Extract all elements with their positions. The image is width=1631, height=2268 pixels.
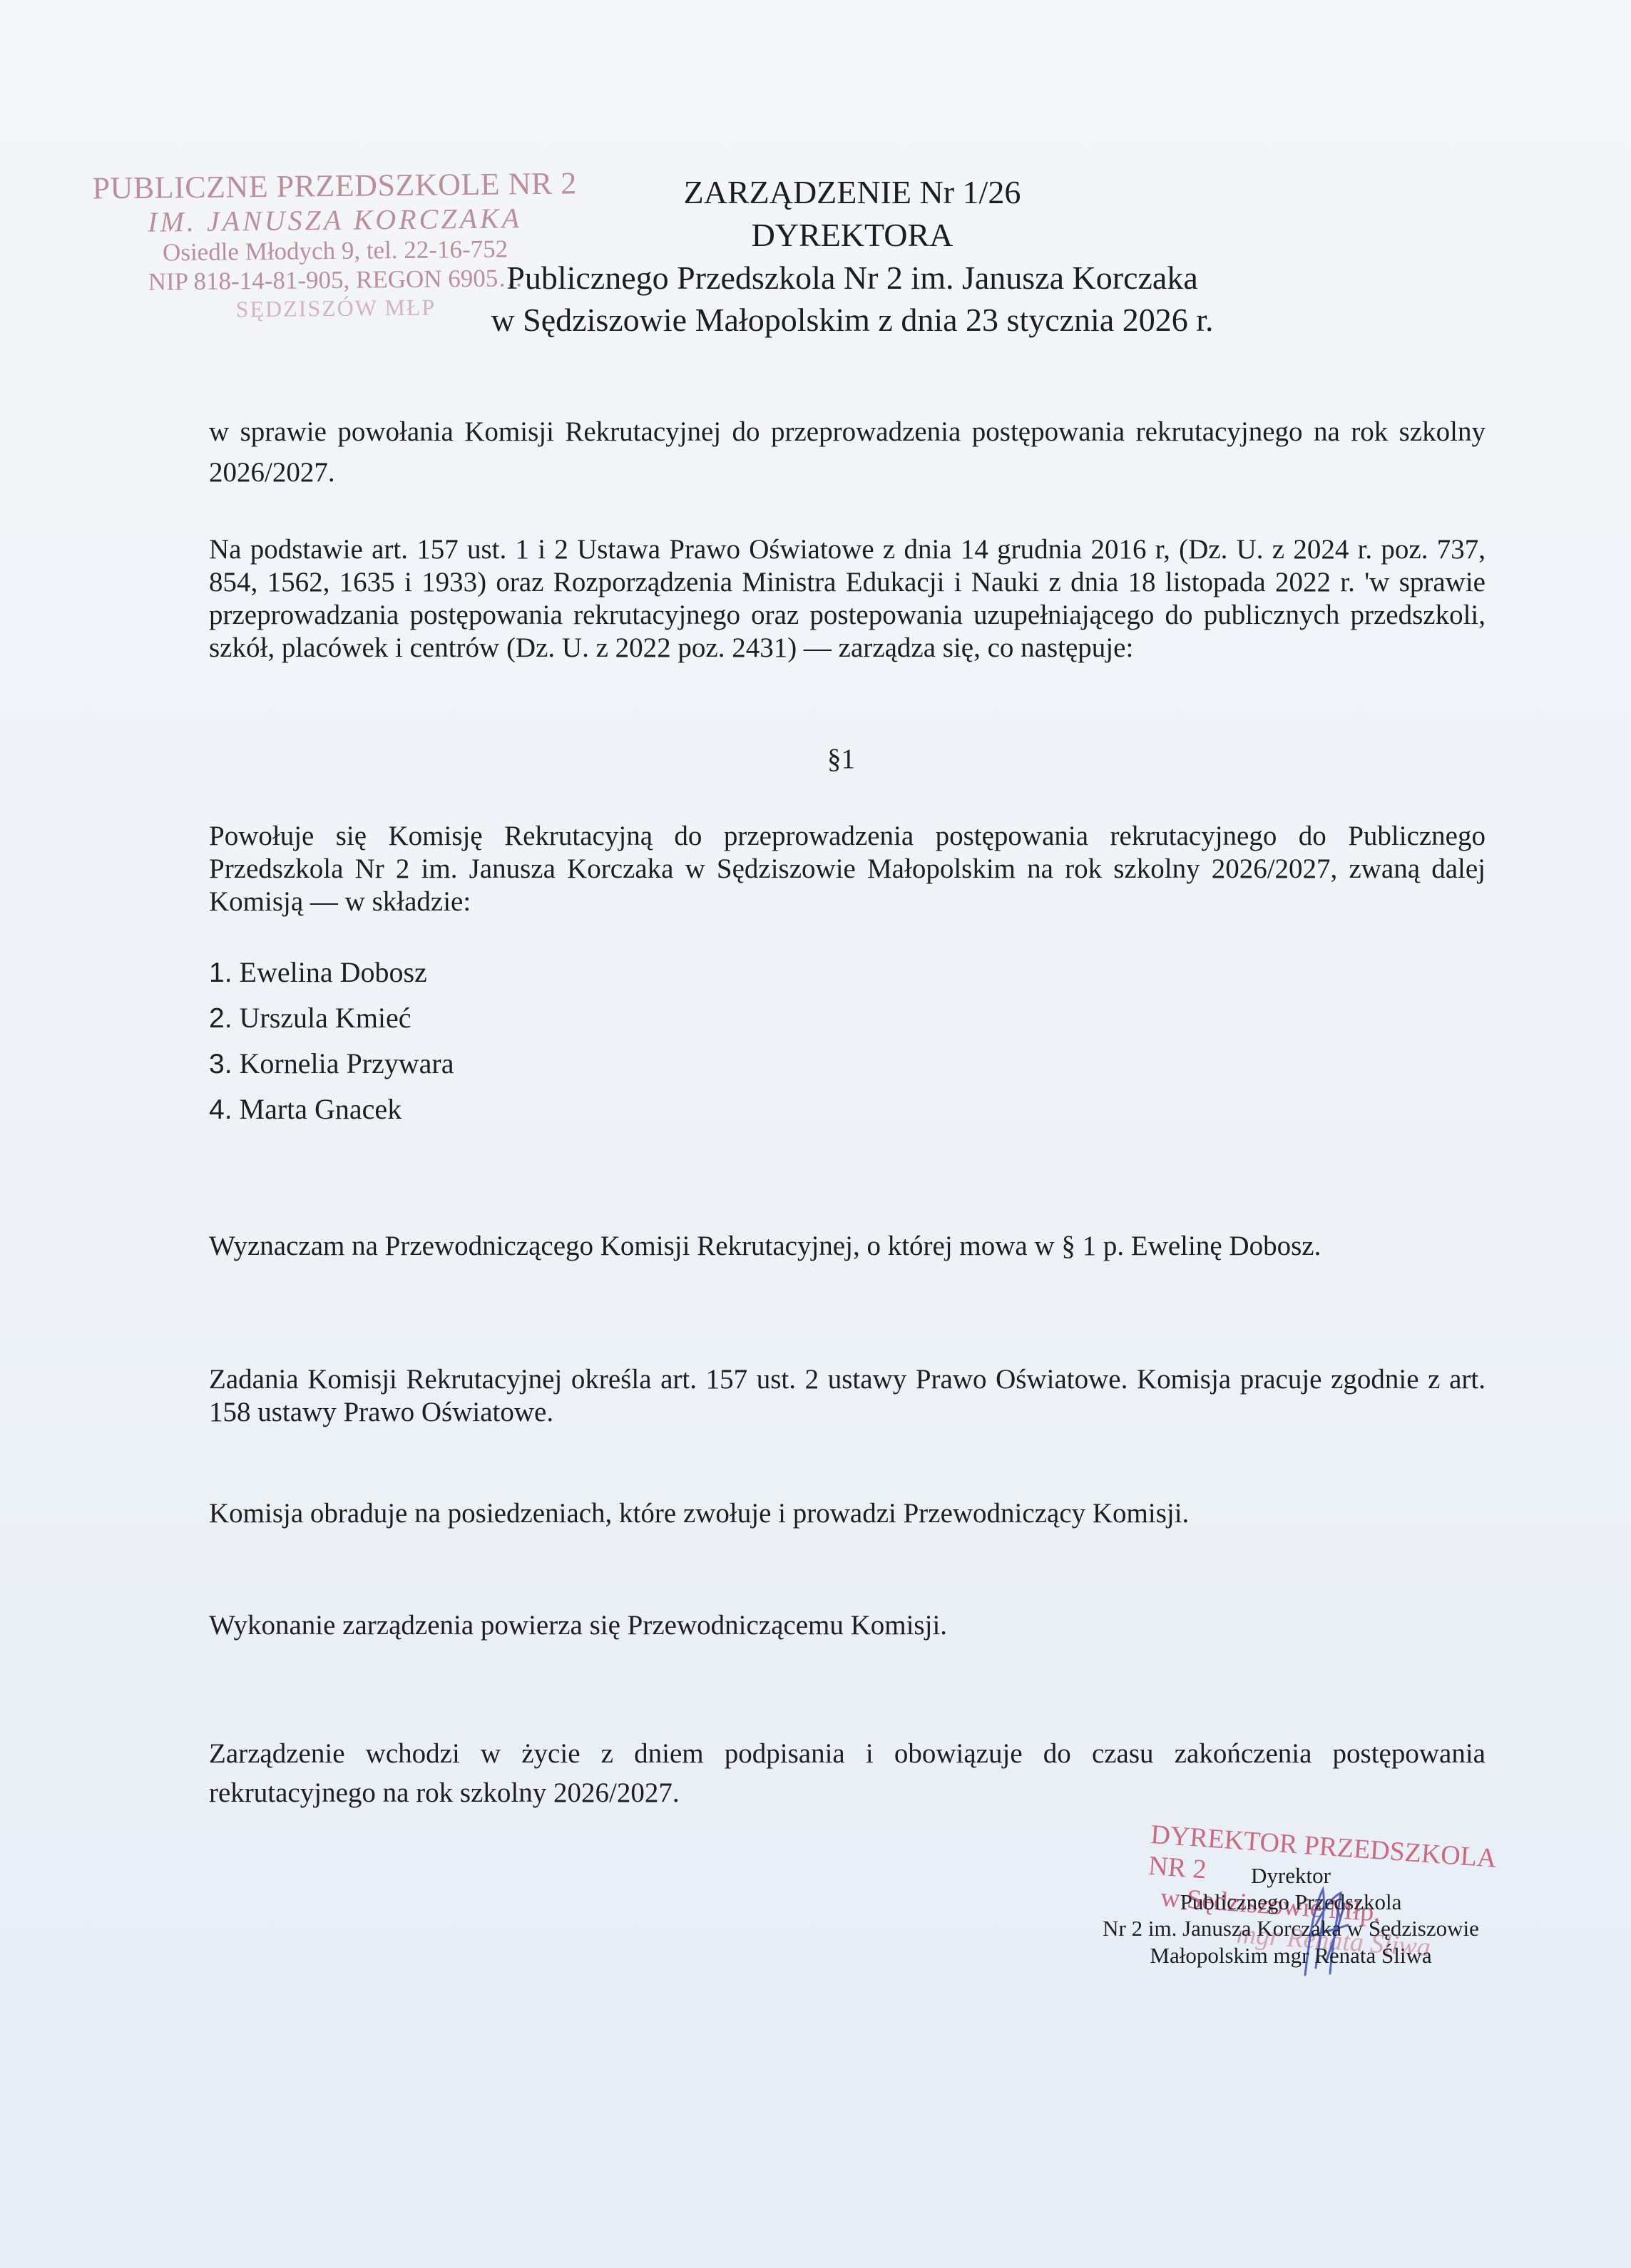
document-page: PUBLICZNE PRZEDSZKOLE NR 2 IM. JANUSZA K…: [0, 0, 1631, 2268]
list-item: 3. Kornelia Przywara: [209, 1041, 454, 1087]
signature-line: Nr 2 im. Janusza Korczaka w Sędziszowie: [1055, 1915, 1526, 1941]
document-header: ZARZĄDZENIE Nr 1/26 DYREKTORA Publiczneg…: [435, 171, 1269, 342]
member-name: Ewelina Dobosz: [240, 956, 427, 988]
list-item: 2. Urszula Kmieć: [209, 995, 454, 1041]
chair-paragraph: Wyznaczam na Przewodniczącego Komisji Re…: [209, 1230, 1486, 1263]
member-name: Urszula Kmieć: [240, 1002, 411, 1034]
committee-members-list: 1. Ewelina Dobosz 2. Urszula Kmieć 3. Ko…: [209, 950, 454, 1132]
execution-paragraph: Wykonanie zarządzenia powierza się Przew…: [209, 1609, 1486, 1642]
member-number: 4.: [209, 1094, 232, 1125]
institution-name: Publicznego Przedszkola Nr 2 im. Janusza…: [435, 257, 1269, 299]
legal-basis-paragraph: Na podstawie art. 157 ust. 1 i 2 Ustawa …: [209, 533, 1486, 665]
member-number: 2.: [209, 1003, 232, 1034]
signature-line: Publicznego Przedszkola: [1055, 1889, 1526, 1915]
section-mark: §1: [827, 743, 855, 775]
place-date: w Sędziszowie Małopolskim z dnia 23 styc…: [435, 299, 1269, 342]
tasks-paragraph: Zadania Komisji Rekrutacyjnej określa ar…: [209, 1363, 1486, 1429]
list-item: 4. Marta Gnacek: [209, 1087, 454, 1132]
member-number: 1.: [209, 958, 232, 988]
signature-block: Dyrektor Publicznego Przedszkola Nr 2 im…: [1055, 1862, 1526, 1969]
appointment-paragraph: Powołuje się Komisję Rekrutacyjną do prz…: [209, 820, 1486, 918]
document-subtitle: DYREKTORA: [435, 214, 1269, 257]
subject-paragraph: w sprawie powołania Komisji Rekrutacyjne…: [209, 412, 1486, 493]
signature-line: Dyrektor: [1055, 1862, 1526, 1889]
list-item: 1. Ewelina Dobosz: [209, 950, 454, 995]
meetings-paragraph: Komisja obraduje na posiedzeniach, które…: [209, 1497, 1486, 1530]
member-name: Kornelia Przywara: [240, 1047, 454, 1079]
member-number: 3.: [209, 1049, 232, 1079]
document-title: ZARZĄDZENIE Nr 1/26: [435, 171, 1269, 214]
effect-paragraph: Zarządzenie wchodzi w życie z dniem podp…: [209, 1734, 1486, 1813]
signature-line: Małopolskim mgr Renata Śliwa: [1055, 1942, 1526, 1969]
member-name: Marta Gnacek: [240, 1093, 402, 1125]
